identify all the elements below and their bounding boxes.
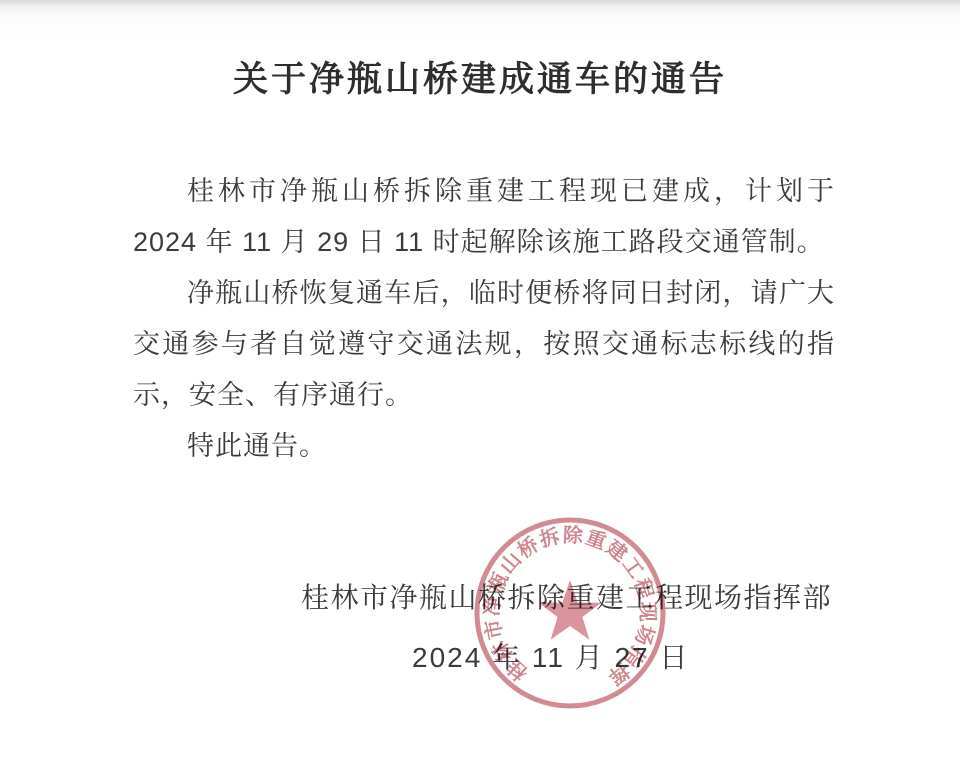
seal-star-icon (539, 580, 602, 640)
paragraph-opening: 桂林市净瓶山桥拆除重建工程现已建成，计划于 2024 年 11 月 29 日 1… (133, 166, 835, 268)
document-title: 关于净瓶山桥建成通车的通告 (60, 52, 900, 102)
paragraph-closing: 特此通告。 (133, 421, 835, 472)
notice-document-page: 关于净瓶山桥建成通车的通告 桂林市净瓶山桥拆除重建工程现已建成，计划于 2024… (0, 0, 960, 765)
official-seal-stamp: 桂林市净瓶山桥拆除重建工程现场指挥部 (470, 513, 670, 713)
document-body: 桂林市净瓶山桥拆除重建工程现已建成，计划于 2024 年 11 月 29 日 1… (133, 166, 835, 472)
paragraph-traffic-rules: 净瓶山桥恢复通车后，临时便桥将同日封闭，请广大交通参与者自觉遵守交通法规，按照交… (133, 268, 835, 421)
